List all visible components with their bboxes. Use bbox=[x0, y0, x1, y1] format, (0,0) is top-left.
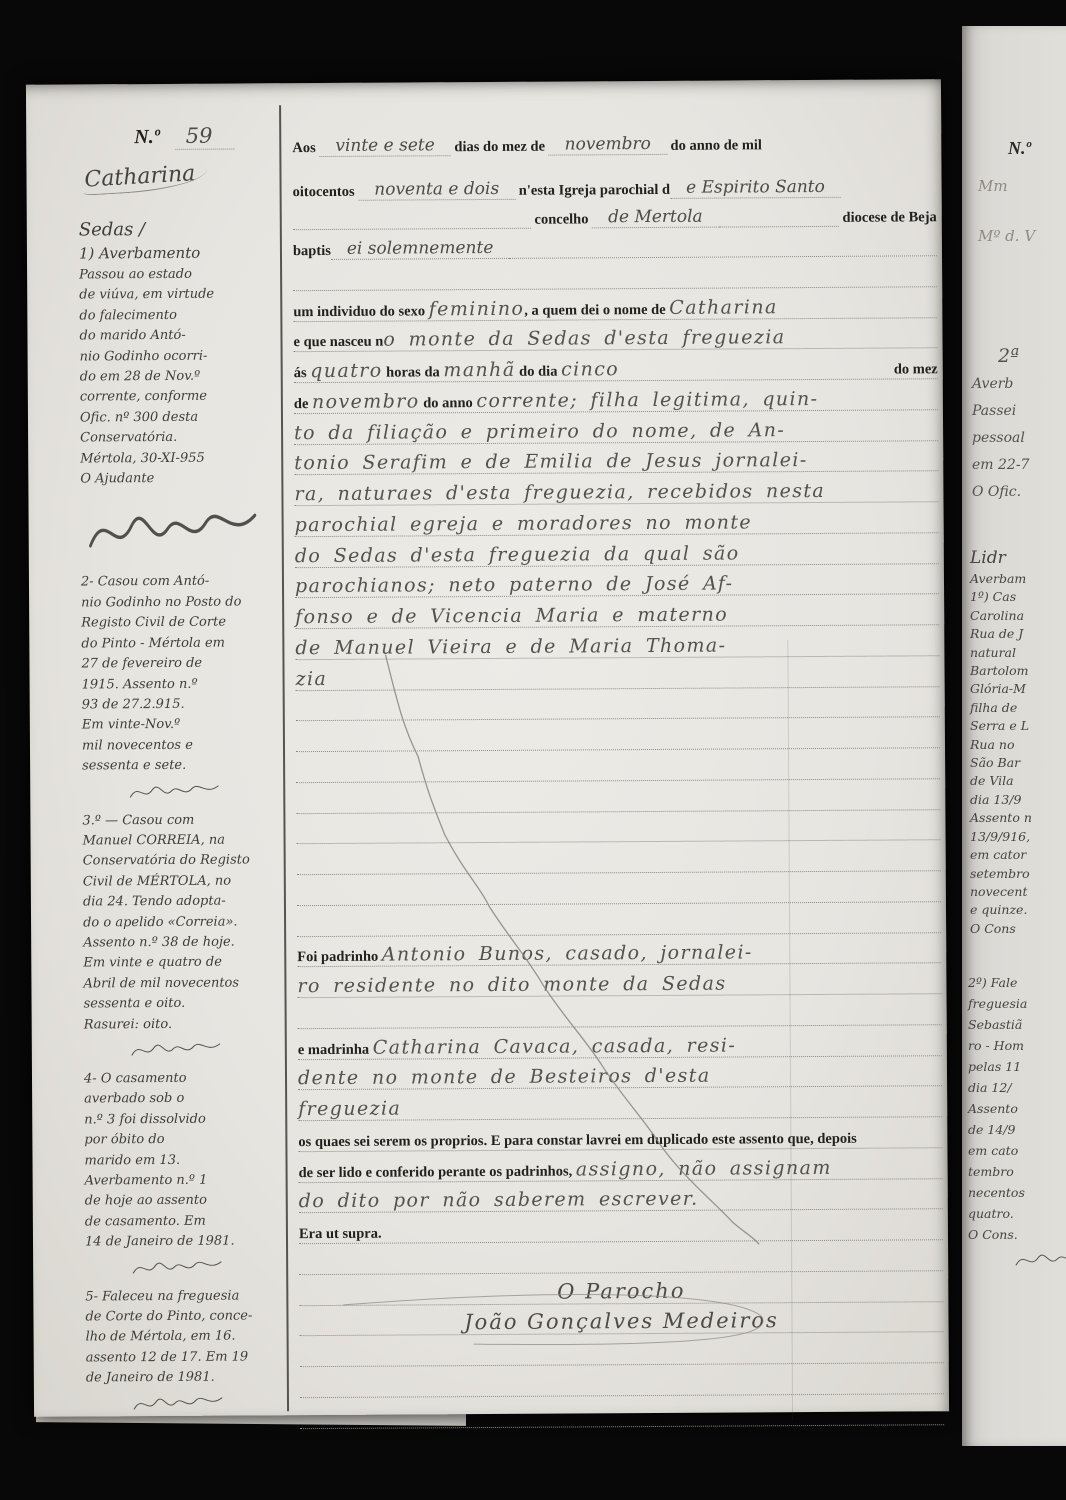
page-fragment-text: São Bar bbox=[970, 754, 1066, 772]
form-line: concelho de Mertola diocese de Beja bbox=[293, 197, 937, 231]
margin-note: 5- Faleceu na freguesiade Corte do Pinto… bbox=[85, 1286, 284, 1416]
form-line bbox=[296, 687, 940, 722]
page-fragment-text: e quinze. bbox=[970, 901, 1066, 919]
form-line bbox=[296, 779, 940, 814]
handwritten-entry: freguezia bbox=[298, 1098, 401, 1121]
page-fragment-text: setembro bbox=[970, 865, 1066, 883]
form-line: Era ut supra. bbox=[299, 1209, 943, 1244]
form-line bbox=[300, 1394, 944, 1429]
margin-note-line: Em vinte e quatro de bbox=[83, 953, 281, 975]
margin-note-line: Ofic. nº 300 desta bbox=[80, 407, 278, 429]
page-fragment-text: Sebastiã bbox=[968, 1014, 1066, 1035]
margin-note-line: 14 de Janeiro de 1981. bbox=[85, 1232, 283, 1254]
signature-scrawl bbox=[82, 493, 262, 566]
page-fragment-text: em 22-7 bbox=[972, 452, 1066, 479]
form-line bbox=[297, 902, 941, 937]
handwritten-entry: o monte da Sedas d'esta freguezia bbox=[383, 326, 785, 350]
margin-notes: Sedas /1) AverbamentoPassou ao estadode … bbox=[79, 217, 284, 1416]
signature-scrawl bbox=[126, 777, 222, 804]
page-fragment-text: necentos bbox=[968, 1182, 1066, 1203]
blank-rule bbox=[509, 226, 937, 258]
printed-form-text: horas da bbox=[382, 364, 443, 381]
handwritten-entry: corrente; filha legitima, quin- bbox=[476, 388, 818, 412]
form-line bbox=[300, 1363, 944, 1398]
printed-form-text: n'esta Igreja parochial d bbox=[515, 181, 670, 199]
signature-scrawl bbox=[128, 1036, 224, 1063]
page-fragment-text: Serra e L bbox=[970, 717, 1066, 735]
margin-note-line: assento 12 de 17. Em 19 bbox=[86, 1347, 284, 1369]
margin-note-line: Abril de mil novecentos bbox=[83, 973, 281, 995]
signature-scrawl bbox=[130, 1389, 226, 1416]
margin-note-line: 3.º — Casou com bbox=[82, 810, 280, 832]
handwritten-entry: assigno, não assignam bbox=[576, 1156, 832, 1180]
form-line: Aos vinte e sete dias do mez de novembro… bbox=[292, 123, 936, 157]
handwritten-entry: de Manuel Vieira e de Maria Thoma- bbox=[295, 634, 726, 659]
signature-scrawl bbox=[1012, 1246, 1066, 1272]
page-fragment-text: 13/9/916, bbox=[970, 828, 1066, 846]
form-line: parochial egreja e moradores no monte bbox=[295, 502, 939, 537]
handwritten-entry: parochial egreja e moradores no monte bbox=[295, 511, 752, 536]
form-line: João Gonçalves Medeiros bbox=[299, 1302, 943, 1337]
form-line: do dito por não saberem escrever. bbox=[299, 1179, 943, 1214]
printed-form-text: do dia bbox=[515, 364, 561, 381]
handwritten-entry: de Mertola bbox=[592, 207, 719, 229]
form-line: Foi padrinho Antonio Bunos, casado, jorn… bbox=[297, 933, 941, 968]
margin-note-line: mil novecentos e bbox=[82, 735, 280, 757]
page-fragment-text: pessoal bbox=[972, 425, 1066, 452]
printed-form-text: do anno bbox=[420, 395, 477, 412]
margin-note-line: 93 de 27.2.915. bbox=[82, 694, 280, 716]
page-fragment-text: em cato bbox=[968, 1140, 1066, 1161]
margin-note: 3.º — Casou comManuel CORREIA, naConserv… bbox=[82, 810, 282, 1063]
page-fragment-text: Lidr bbox=[970, 546, 1066, 570]
form-line bbox=[300, 1332, 944, 1367]
form-line: dente no monte de Besteiros d'esta bbox=[298, 1056, 942, 1091]
margin-note-line: Assento n.º 38 de hoje. bbox=[83, 932, 281, 954]
form-line: um individuo do sexo feminino, a quem de… bbox=[293, 287, 937, 322]
next-page-margin-notes-2: 2º) FalefreguesiaSebastiãro - Hompelas 1… bbox=[968, 972, 1066, 1272]
form-line: O Parocho bbox=[299, 1271, 943, 1306]
margin-note-line: nio Godinho no Posto do bbox=[81, 592, 279, 614]
form-line: fonso e de Vicencia Maria e materno bbox=[295, 594, 939, 629]
margin-note-line: corrente, conforme bbox=[80, 387, 278, 409]
handwritten-entry: zia bbox=[296, 667, 328, 689]
margin-note-line: de Janeiro de 1981. bbox=[86, 1368, 284, 1390]
handwritten-entry: cinco bbox=[561, 358, 619, 380]
form-line bbox=[297, 840, 941, 875]
printed-form-text: Aos bbox=[292, 140, 319, 157]
form-line: zia bbox=[295, 656, 939, 691]
form-line: parochianos; neto paterno de José Af- bbox=[295, 564, 939, 599]
margin-note-line: Passou ao estado bbox=[79, 264, 277, 286]
next-page-edge: N.º MmMº d. V 2ªAverbPasseipessoalem 22-… bbox=[962, 26, 1066, 1446]
page-fragment-text: Glória-M bbox=[970, 680, 1066, 698]
printed-form-text: ás bbox=[294, 365, 311, 382]
page-fragment-text: Mº d. V bbox=[978, 227, 1066, 245]
form-line: os quaes sei serem os proprios. E para c… bbox=[298, 1117, 942, 1152]
margin-note-line: Em vinte-Nov.º bbox=[82, 715, 280, 737]
blank-rule bbox=[619, 349, 890, 380]
printed-form-text: oitocentos bbox=[293, 183, 359, 200]
margin-note-line: n.º 3 foi dissolvido bbox=[84, 1109, 282, 1131]
next-page-margin-notes: LidrAverbam1º) CasCarolinaRua de Jnatura… bbox=[970, 546, 1066, 938]
margin-note-line: O Ajudante bbox=[80, 468, 278, 490]
printed-form-text: diocese de Beja bbox=[839, 209, 937, 227]
margin-note-line: nio Godinho ocorri- bbox=[80, 346, 278, 368]
page-fragment-text: pelas 11 bbox=[968, 1056, 1066, 1077]
form-line bbox=[298, 994, 942, 1029]
margin-note-line: averbado sob o bbox=[84, 1089, 282, 1111]
margin-note: 4- O casamentoaverbado sob on.º 3 foi di… bbox=[84, 1068, 283, 1280]
page-fragment-text: O Cons bbox=[970, 920, 1066, 938]
form-line bbox=[296, 810, 940, 845]
margin-note: 2- Casou com Antó-nio Godinho no Posto d… bbox=[81, 572, 280, 804]
form-line: ás quatro horas da manhã do dia cinco do… bbox=[294, 348, 938, 383]
handwritten-entry: Catharina bbox=[669, 296, 778, 319]
form-line: freguezia bbox=[298, 1086, 942, 1121]
page-fragment-text: Mm bbox=[978, 177, 1066, 195]
blank-rule bbox=[293, 199, 531, 230]
page-fragment-text: Assento bbox=[968, 1098, 1066, 1119]
record-number-label: N.º bbox=[134, 126, 160, 148]
printed-form-text: , a quem dei o nome de bbox=[524, 301, 669, 319]
margin-note-line: marido em 13. bbox=[84, 1150, 282, 1172]
page-fragment-text: Bartolom bbox=[970, 662, 1066, 680]
page-fragment-text: Averbam bbox=[970, 570, 1066, 588]
margin-note-line: lho de Mértola, em 16. bbox=[86, 1327, 284, 1349]
form-line: de Manuel Vieira e de Maria Thoma- bbox=[295, 625, 939, 660]
printed-form-text: um individuo do sexo bbox=[293, 303, 428, 321]
form-line bbox=[293, 256, 937, 291]
page-fragment-text: em cator bbox=[970, 846, 1066, 864]
page-fragment-text: Rua de J bbox=[970, 625, 1066, 643]
page-fragment-text: O Cons. bbox=[968, 1224, 1066, 1245]
margin-column: N.º59 Catharina Sedas /1) AverbamentoPas… bbox=[78, 123, 284, 1423]
handwritten-entry: Antonio Bunos, casado, jornalei- bbox=[382, 942, 753, 966]
form-line: ro residente no dito monte da Sedas bbox=[297, 963, 941, 998]
handwritten-entry: tonio Serafim e de Emilia de Jesus jorna… bbox=[294, 449, 808, 474]
printed-form-text: do mez bbox=[890, 361, 938, 378]
form-line: ra, naturaes d'esta freguezia, recebidos… bbox=[294, 471, 938, 506]
page-fragment-text: quatro. bbox=[968, 1203, 1066, 1224]
margin-note-line: de Corte do Pinto, conce- bbox=[85, 1306, 283, 1328]
handwritten-entry: novembro bbox=[312, 390, 420, 413]
baptism-record-page: N.º59 Catharina Sedas /1) AverbamentoPas… bbox=[26, 79, 949, 1417]
page-fragment-text: filha de bbox=[970, 699, 1066, 717]
margin-note-line: sessenta e sete. bbox=[82, 755, 280, 777]
form-line bbox=[296, 717, 940, 752]
margin-note-line: 5- Faleceu na freguesia bbox=[85, 1286, 283, 1308]
printed-form-text: e que nasceu n bbox=[293, 334, 383, 352]
margin-note-line: Conservatória do Registo bbox=[83, 851, 281, 873]
handwritten-entry: ro residente no dito monte da Sedas bbox=[297, 973, 726, 998]
printed-form-text: concelho bbox=[531, 212, 592, 229]
page-fragment-text: dia 12/ bbox=[968, 1077, 1066, 1098]
handwritten-entry: vinte e sete bbox=[319, 135, 451, 157]
handwritten-entry: dente no monte de Besteiros d'esta bbox=[298, 1065, 711, 1090]
handwritten-entry: quatro bbox=[310, 360, 382, 382]
next-record-number-label: N.º bbox=[1008, 138, 1066, 159]
printed-form-text: Foi padrinho bbox=[297, 949, 382, 967]
printed-form-text: os quaes sei serem os proprios. E para c… bbox=[298, 1131, 856, 1151]
handwritten-entry: do Sedas d'esta freguezia da qual são bbox=[295, 542, 740, 567]
margin-note-line: de hoje ao assento bbox=[85, 1191, 283, 1213]
page-fragment-text: tembro bbox=[968, 1161, 1066, 1182]
margin-note: Sedas /1) AverbamentoPassou ao estadode … bbox=[79, 217, 279, 566]
form-line: do Sedas d'esta freguezia da qual são bbox=[295, 533, 939, 568]
handwritten-entry: ra, naturaes d'esta freguezia, recebidos… bbox=[294, 480, 825, 505]
form-line: tonio Serafim e de Emilia de Jesus jorna… bbox=[294, 441, 938, 476]
margin-note-line: 4- O casamento bbox=[84, 1068, 282, 1090]
margin-note-line: do marido Antó- bbox=[79, 325, 277, 347]
form-line bbox=[296, 748, 940, 783]
printed-form-text: dias do mez de bbox=[451, 138, 549, 156]
page-fragment-text: natural bbox=[970, 644, 1066, 662]
margin-note-line: de casamento. Em bbox=[85, 1211, 283, 1233]
margin-note-line: de viúva, em virtude bbox=[79, 285, 277, 307]
margin-note-line: Rasurei: oito. bbox=[84, 1014, 282, 1036]
margin-note-line: Manuel CORREIA, na bbox=[83, 830, 281, 852]
page-fragment-text: de 14/9 bbox=[968, 1119, 1066, 1140]
page-fragment-text: ro - Hom bbox=[968, 1035, 1066, 1056]
handwritten-entry: feminino bbox=[429, 297, 525, 320]
page-fragment-text: novecent bbox=[970, 883, 1066, 901]
handwritten-entry: João Gonçalves Medeiros bbox=[464, 1308, 779, 1334]
margin-note-line: sessenta e oito. bbox=[83, 993, 281, 1015]
page-fragment-text: dia 13/9 bbox=[970, 791, 1066, 809]
margin-note-line: do o apelido «Correia». bbox=[83, 912, 281, 934]
printed-form-text: de ser lido e conferido perante os padri… bbox=[299, 1163, 576, 1182]
page-fragment-text: Rua no bbox=[970, 736, 1066, 754]
handwritten-entry: to da filiação e primeiro do nome, de An… bbox=[294, 419, 785, 444]
page-fragment-text: 1º) Cas bbox=[970, 588, 1066, 606]
handwritten-entry: e Espirito Santo bbox=[670, 176, 841, 198]
form-line bbox=[299, 1240, 943, 1275]
form-line: de ser lido e conferido perante os padri… bbox=[298, 1148, 942, 1183]
form-line: to da filiação e primeiro do nome, de An… bbox=[294, 410, 938, 445]
page-fragment-text: Assento n bbox=[970, 809, 1066, 827]
printed-form-text: e madrinha bbox=[298, 1041, 373, 1058]
page-fragment-text: O Ofic. bbox=[972, 479, 1066, 506]
form-line: de novembro do anno corrente; filha legi… bbox=[294, 379, 938, 414]
margin-note-line: do em 28 de Nov.º bbox=[80, 366, 278, 388]
signature-scrawl bbox=[129, 1253, 225, 1280]
printed-form-text: do anno de mil bbox=[667, 137, 762, 155]
next-page-pencil-notes: MmMº d. V bbox=[978, 177, 1066, 245]
page-fragment-text: 2ª bbox=[998, 341, 1066, 371]
registered-name: Catharina bbox=[82, 160, 208, 195]
margin-note-line: por óbito do bbox=[84, 1129, 282, 1151]
form-line: e madrinha Catharina Cavaca, casada, res… bbox=[298, 1025, 942, 1060]
page-fragment-text: de Vila bbox=[970, 772, 1066, 790]
page-fragment-text: freguesia bbox=[968, 993, 1066, 1014]
handwritten-entry: fonso e de Vicencia Maria e materno bbox=[295, 604, 728, 629]
margin-note-line: 1915. Assento n.º bbox=[82, 674, 280, 696]
next-page-entry-fragments: 2ªAverbPasseipessoalem 22-7O Ofic. bbox=[972, 341, 1066, 506]
printed-form-text: de bbox=[294, 396, 312, 413]
record-number-value: 59 bbox=[176, 124, 235, 150]
entry-form: Aos vinte e sete dias do mez de novembro… bbox=[292, 123, 944, 1428]
margin-note-line: 2- Casou com Antó- bbox=[81, 572, 279, 594]
handwritten-entry: Catharina Cavaca, casada, resi- bbox=[373, 1034, 737, 1058]
margin-note-line: 27 de fevereiro de bbox=[81, 653, 279, 675]
form-line: oitocentos noventa e dois n'esta Igreja … bbox=[292, 167, 936, 201]
margin-note-line: Sedas / bbox=[79, 217, 277, 242]
margin-note-line: 1) Averbamento bbox=[79, 241, 277, 265]
margin-note-line: Registo Civil de Corte bbox=[81, 613, 279, 635]
form-line: baptisei solemnemente bbox=[293, 226, 937, 260]
margin-note-line: do falecimento bbox=[79, 305, 277, 327]
handwritten-entry: ei solemnemente bbox=[331, 238, 510, 260]
blank-rule bbox=[719, 197, 839, 227]
handwritten-entry: parochianos; neto paterno de José Af- bbox=[295, 573, 734, 598]
margin-note-line: Conservatória. bbox=[80, 428, 278, 450]
margin-note-line: Averbamento n.º 1 bbox=[85, 1170, 283, 1192]
handwritten-entry: novembro bbox=[549, 134, 667, 156]
page-fragment-text: Averb bbox=[972, 371, 1066, 398]
page-fragment-text: Carolina bbox=[970, 607, 1066, 625]
printed-form-text: baptis bbox=[293, 243, 331, 260]
form-line: e que nasceu no monte da Sedas d'esta fr… bbox=[293, 318, 937, 353]
handwritten-entry: manhã bbox=[443, 359, 515, 381]
form-line bbox=[297, 871, 941, 906]
printed-form-text: Era ut supra. bbox=[299, 1226, 382, 1244]
page-fragment-text: Passei bbox=[972, 398, 1066, 425]
handwritten-entry: O Parocho bbox=[557, 1278, 685, 1303]
margin-note-line: Mértola, 30-XI-955 bbox=[80, 448, 278, 470]
handwritten-entry: do dito por não saberem escrever. bbox=[299, 1188, 699, 1212]
handwritten-entry: noventa e dois bbox=[358, 178, 515, 200]
margin-note-line: do Pinto - Mértola em bbox=[81, 633, 279, 655]
record-number: N.º59 bbox=[134, 123, 276, 150]
page-fragment-text: 2º) Fale bbox=[968, 972, 1066, 993]
scanned-register-photo: N.º59 Catharina Sedas /1) AverbamentoPas… bbox=[0, 0, 1066, 1500]
margin-note-line: dia 24. Tendo adopta- bbox=[83, 891, 281, 913]
margin-note-line: Civil de MÉRTOLA, no bbox=[83, 871, 281, 893]
